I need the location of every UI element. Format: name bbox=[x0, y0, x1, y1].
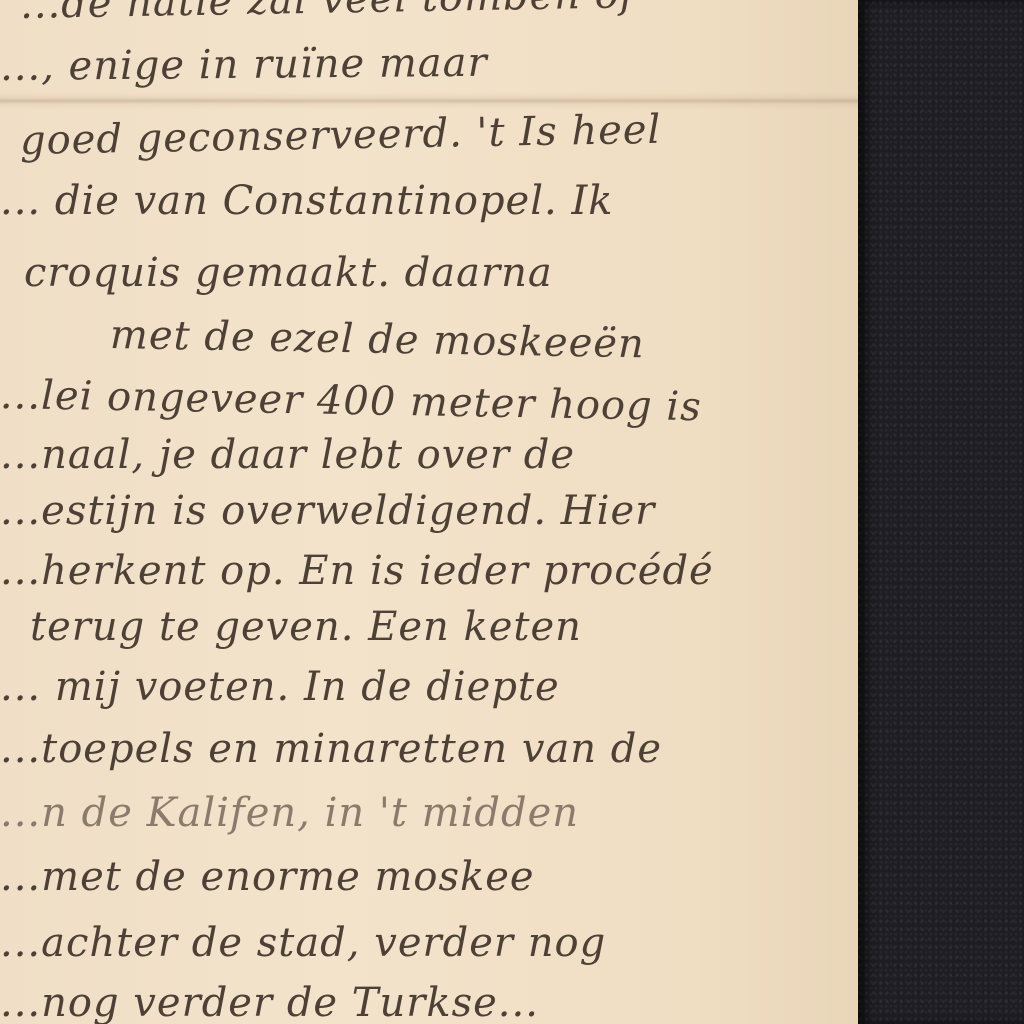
handwritten-line-17: ...nog verder de Turkse... bbox=[0, 980, 539, 1024]
handwritten-line-16: ...achter de stad, verder nog bbox=[0, 920, 606, 966]
handwritten-line-14: ...n de Kalifen, in 't midden bbox=[0, 790, 579, 836]
handwritten-line-7: ...lei ongeveer 400 meter hoog is bbox=[0, 372, 702, 430]
paper-fold-crease bbox=[0, 98, 858, 104]
handwritten-line-9: ...estijn is overweldigend. Hier bbox=[0, 488, 655, 534]
handwritten-line-13: ...toepels en minaretten van de bbox=[0, 726, 662, 772]
handwritten-line-12: ... mij voeten. In de diepte bbox=[0, 664, 560, 710]
handwritten-line-4: ... die van Constantinopel. Ik bbox=[0, 178, 613, 224]
handwritten-line-5: croquis gemaakt. daarna bbox=[24, 250, 553, 296]
handwritten-line-11: terug te geven. Een keten bbox=[30, 604, 582, 650]
handwritten-line-2: ..., enige in ruïne maar bbox=[0, 40, 488, 90]
handwritten-line-3: goed geconserveerd. 't Is heel bbox=[20, 107, 662, 164]
handwritten-line-8: ...naal, je daar lebt over de bbox=[0, 432, 575, 478]
handwritten-line-1: ...de natie zal veel tomben of bbox=[20, 0, 636, 28]
letter-paper: ...de natie zal veel tomben of ..., enig… bbox=[0, 0, 858, 1024]
handwritten-line-10: ...herkent op. En is ieder procédé bbox=[0, 548, 714, 594]
handwritten-line-15: ...met de enorme moskee bbox=[0, 854, 535, 900]
dark-felt-backdrop bbox=[858, 0, 1024, 1024]
handwritten-line-6: met de ezel de moskeeën bbox=[110, 312, 646, 367]
